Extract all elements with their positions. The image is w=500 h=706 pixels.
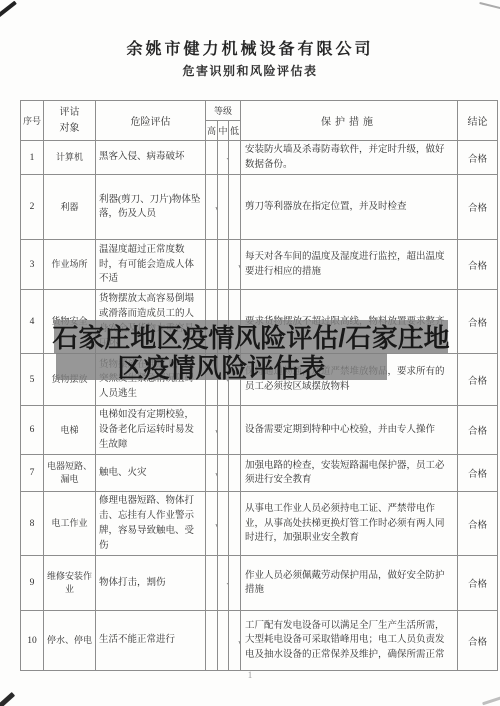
table-row: 1计算机黑客入侵、病毒破坏√安装防火墙及杀毒防毒软件，并定时升级，做好数据备份。…: [21, 141, 498, 175]
level-mid-cell: [218, 240, 229, 290]
hazard-desc-cell: 利器(剪刀、刀片)物体坠落，伤及人员: [96, 175, 206, 240]
table-body: 1计算机黑客入侵、病毒破坏√安装防火墙及杀毒防毒软件，并定时升级，做好数据备份。…: [21, 141, 498, 671]
header-hazard: 危险评估: [96, 101, 206, 141]
hazard-desc-cell: 修理电器短路、物体打击、忘挂有人作业警示牌，容易导致触电、受伤: [96, 492, 206, 556]
conclusion-cell: 合格: [458, 290, 498, 354]
level-high-cell: √: [206, 406, 218, 455]
conclusion-cell: 合格: [458, 611, 498, 671]
measures-cell: 每天对各车间的温度及湿度进行监控，超出温度要进行相应的措施: [241, 240, 458, 290]
row-index-cell: 5: [21, 354, 44, 406]
table-row: 6电梯电梯如没有定期校验，设备老化后运转时易发生故障√设备需要定期到特种中心校验…: [21, 406, 498, 455]
header-conclusion: 结论: [458, 101, 498, 141]
conclusion-cell: 合格: [458, 175, 498, 240]
row-index-cell: 3: [21, 240, 44, 290]
header-level-low: 低: [229, 121, 241, 141]
hazard-desc-cell: 黑客入侵、病毒破坏: [96, 141, 206, 175]
level-high-cell: [206, 240, 218, 290]
level-low-cell: √: [229, 611, 241, 671]
hazard-desc-cell: 物体打击，割伤: [96, 556, 206, 611]
assess-target-cell: 维修安装作业: [44, 556, 96, 611]
level-mid-cell: √: [218, 141, 229, 175]
page-number: 1: [0, 670, 500, 680]
assess-target-cell: 停水、停电: [44, 611, 96, 671]
measures-cell: 安装防火墙及杀毒防毒软件，并定时升级，做好数据备份。: [241, 141, 458, 175]
assess-target-cell: 电器短路、漏电: [44, 455, 96, 492]
header-index: 序号: [21, 101, 44, 141]
measures-cell: 加强电路的检查，安装短路漏电保护器，员工必须进行安全教育: [241, 455, 458, 492]
document-subtitle: 危害识别和风险评估表: [0, 62, 500, 79]
measures-cell: 剪刀等利器放在指定位置，并及时检查: [241, 175, 458, 240]
row-index-cell: 4: [21, 290, 44, 354]
company-title: 余姚市健力机械设备有限公司: [0, 36, 500, 59]
header-measures: 保护措施: [241, 101, 458, 141]
level-low-cell: [229, 492, 241, 556]
scan-artifact-top-left: [0, 1, 17, 18]
conclusion-cell: 合格: [458, 240, 498, 290]
row-index-cell: 7: [21, 455, 44, 492]
document-page: 余姚市健力机械设备有限公司 危害识别和风险评估表 序号 评诂 对象 危险评估 等…: [0, 0, 500, 706]
level-high-cell: [206, 141, 218, 175]
hazard-desc-cell: 电梯如没有定期校验，设备老化后运转时易发生故障: [96, 406, 206, 455]
row-index-cell: 2: [21, 175, 44, 240]
conclusion-cell: 合格: [458, 354, 498, 406]
level-mid-cell: [218, 611, 229, 671]
conclusion-cell: 合格: [458, 455, 498, 492]
measures-cell: 设备需要定期到特种中心校验，并由专人操作: [241, 406, 458, 455]
table-row: 2利器利器(剪刀、刀片)物体坠落，伤及人员√剪刀等利器放在指定位置，并及时检查合…: [21, 175, 498, 240]
table-row: 8电工作业修理电器短路、物体打击、忘挂有人作业警示牌，容易导致触电、受伤√从事电…: [21, 492, 498, 556]
level-high-cell: √: [206, 175, 218, 240]
row-index-cell: 1: [21, 141, 44, 175]
conclusion-cell: 合格: [458, 406, 498, 455]
level-low-cell: [229, 175, 241, 240]
row-index-cell: 8: [21, 492, 44, 556]
scan-artifact-bottom-left: [0, 692, 15, 706]
scan-artifact-bottom-right: [482, 696, 500, 706]
hazard-desc-cell: 触电、火灾: [96, 455, 206, 492]
assess-target-cell: 计算机: [44, 141, 96, 175]
conclusion-cell: 合格: [458, 492, 498, 556]
header-target-line2: 对象: [45, 121, 94, 137]
level-mid-cell: [218, 175, 229, 240]
level-low-cell: [229, 141, 241, 175]
level-mid-cell: [218, 406, 229, 455]
watermark-line2: 区疫情风险评估表: [56, 353, 387, 380]
level-high-cell: √: [206, 492, 218, 556]
level-high-cell: [206, 556, 218, 611]
measures-cell: 从事电工作业人员必须持电工证、严禁带电作业，从事高处扶梯更换灯管工作时必须有两人…: [241, 492, 458, 556]
header-level-mid: 中: [218, 121, 229, 141]
level-low-cell: [229, 556, 241, 611]
assess-target-cell: 作业场所: [44, 240, 96, 290]
header-level: 等级: [206, 101, 241, 121]
level-high-cell: [206, 611, 218, 671]
table-header: 序号 评诂 对象 危险评估 等级 保护措施 结论 高 中 低: [21, 101, 498, 141]
table-row: 10停水、停电生活不能正常进行√工厂配有发电设备可以满足全厂生产生活所需，大型耗…: [21, 611, 498, 671]
row-index-cell: 10: [21, 611, 44, 671]
level-high-cell: √: [206, 455, 218, 492]
hazard-desc-cell: 温湿度超过正常度数时，有可能会造成人体不适: [96, 240, 206, 290]
table-row: 7电器短路、漏电触电、火灾√加强电路的检查，安装短路漏电保护器，员工必须进行安全…: [21, 455, 498, 492]
risk-assessment-table: 序号 评诂 对象 危险评估 等级 保护措施 结论 高 中 低 1计算机黑客入侵、…: [20, 100, 498, 671]
level-low-cell: [229, 455, 241, 492]
header-target: 评诂 对象: [44, 101, 96, 141]
measures-cell: 作业人员必须佩戴劳动保护用品，做好安全防护措施: [241, 556, 458, 611]
header-level-high: 高: [206, 121, 218, 141]
row-index-cell: 9: [21, 556, 44, 611]
level-mid-cell: [218, 492, 229, 556]
table-row: 3作业场所温湿度超过正常度数时，有可能会造成人体不适√每天对各车间的温度及湿度进…: [21, 240, 498, 290]
level-mid-cell: √: [218, 556, 229, 611]
table-row: 9维修安装作业物体打击，割伤√作业人员必须佩戴劳动保护用品，做好安全防护措施合格: [21, 556, 498, 611]
measures-cell: 工厂配有发电设备可以满足全厂生产生活所需，大型耗电设备可采取错峰用电；电工人员负…: [241, 611, 458, 671]
assess-target-cell: 电工作业: [44, 492, 96, 556]
conclusion-cell: 合格: [458, 556, 498, 611]
assess-target-cell: 电梯: [44, 406, 96, 455]
scan-artifact-top-right: [479, 2, 500, 10]
header-target-line1: 评诂: [45, 105, 94, 121]
row-index-cell: 6: [21, 406, 44, 455]
assess-target-cell: 利器: [44, 175, 96, 240]
conclusion-cell: 合格: [458, 141, 498, 175]
hazard-desc-cell: 生活不能正常进行: [96, 611, 206, 671]
level-mid-cell: [218, 455, 229, 492]
level-low-cell: [229, 406, 241, 455]
level-low-cell: √: [229, 240, 241, 290]
